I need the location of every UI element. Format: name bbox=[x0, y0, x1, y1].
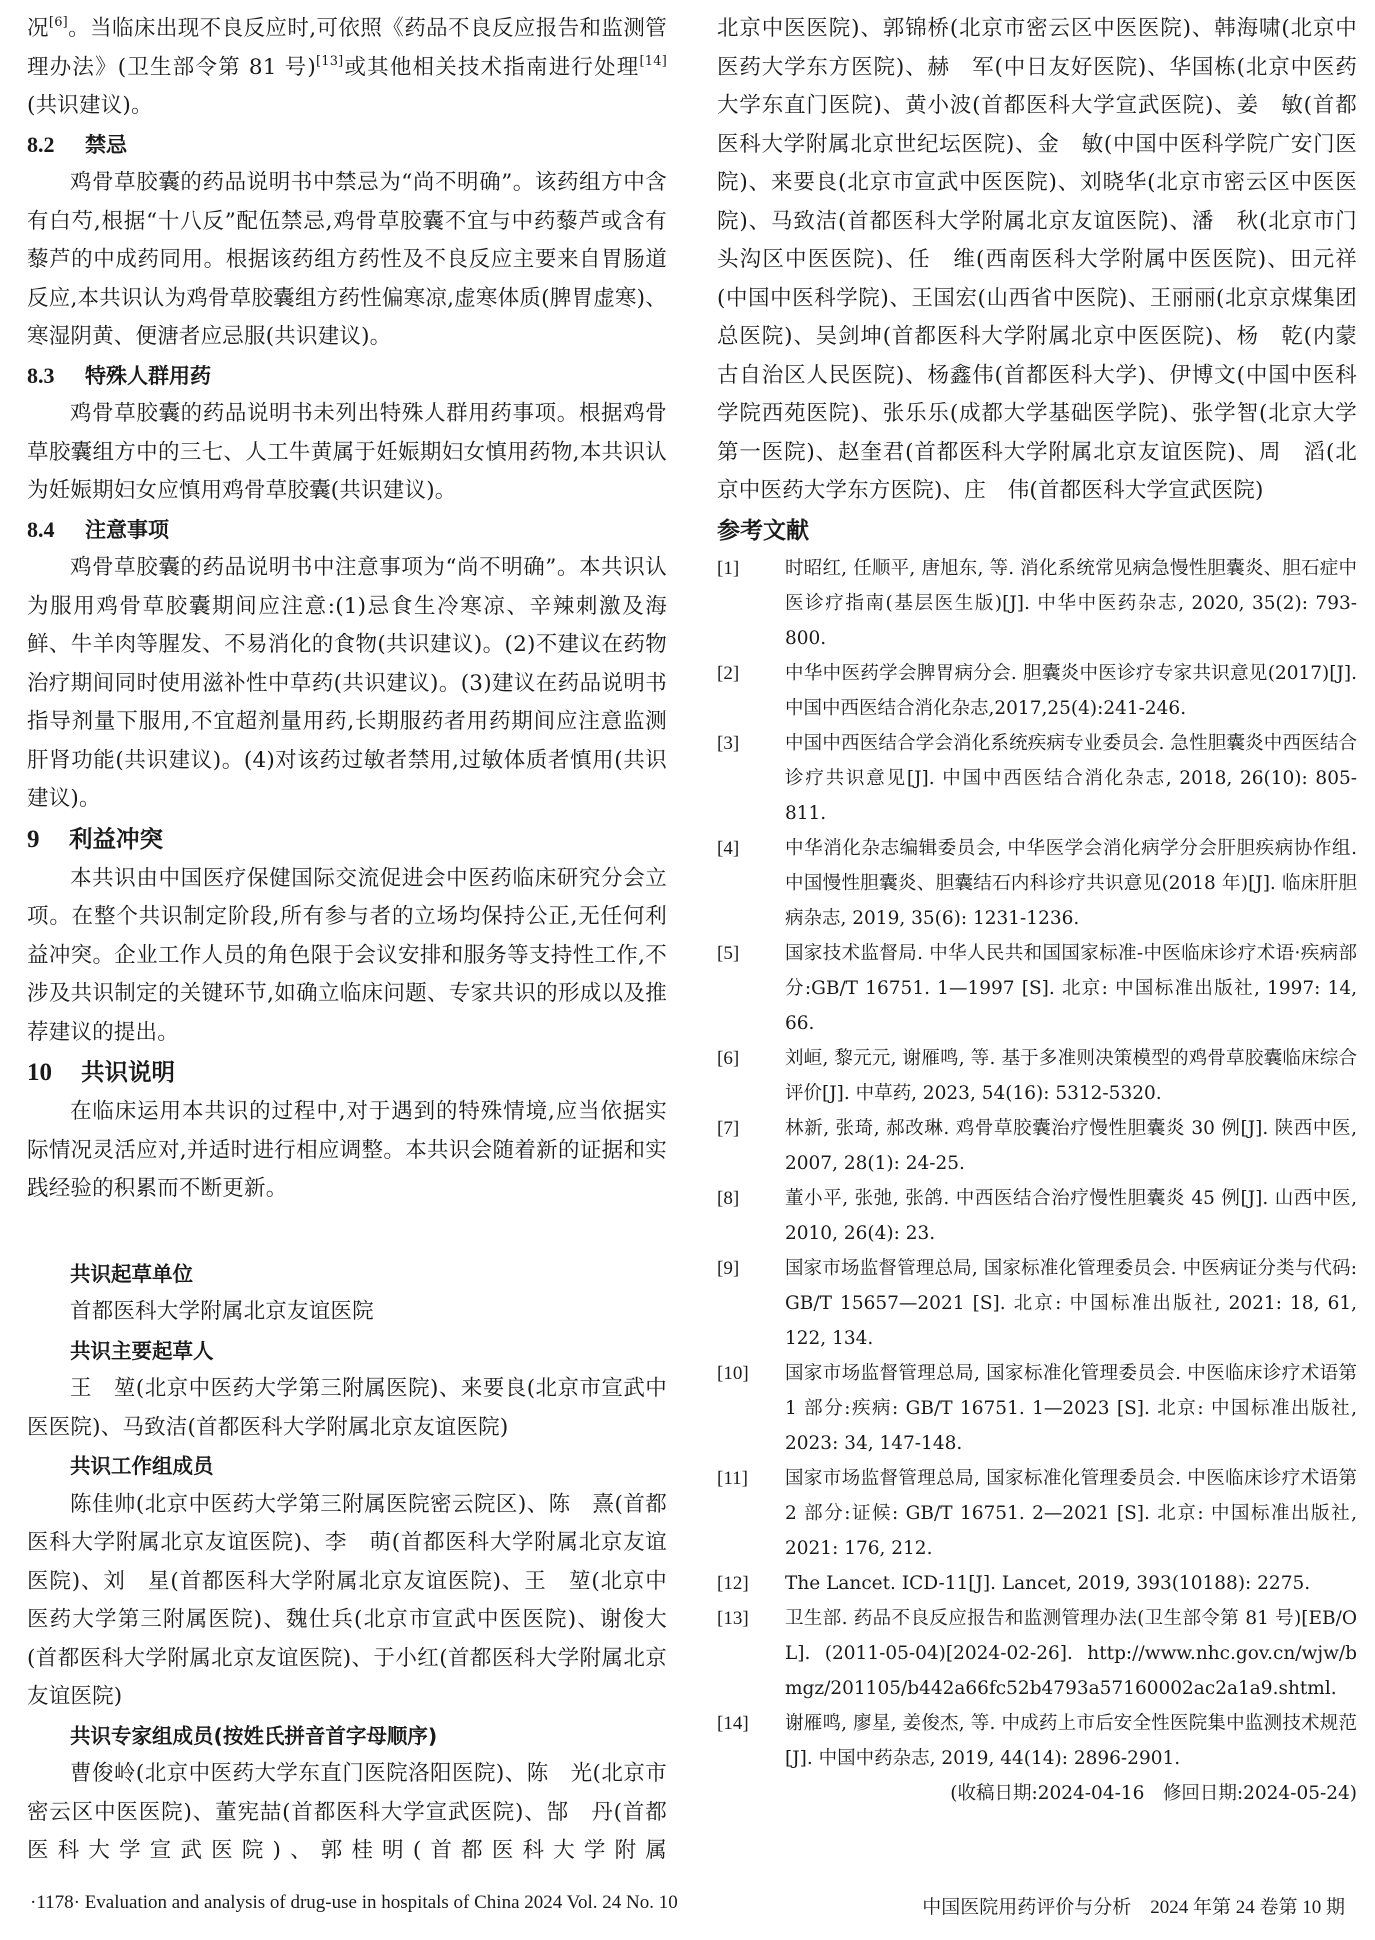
reference-item: [11]国家市场监督管理总局, 国家标准化管理委员会. 中医临床诊疗术语第 2 … bbox=[717, 1461, 1357, 1566]
section-heading-10: 10共识说明 bbox=[27, 1052, 667, 1093]
citation-13[interactable]: [13] bbox=[316, 54, 344, 69]
working-group-heading: 共识工作组成员 bbox=[27, 1447, 667, 1486]
section-body-8-3: 鸡骨草胶囊的药品说明书未列出特殊人群用药事项。根据鸡骨草胶囊组方中的三七、人工牛… bbox=[27, 395, 667, 511]
drafting-unit-heading: 共识起草单位 bbox=[27, 1255, 667, 1294]
reference-item: [14]谢雁鸣, 廖星, 姜俊杰, 等. 中成药上市后安全性医院集中监测技术规范… bbox=[717, 1706, 1357, 1776]
spacer bbox=[27, 1209, 667, 1255]
reference-item: [2]中华中医药学会脾胃病分会. 胆囊炎中医诊疗专家共识意见(2017)[J].… bbox=[717, 656, 1357, 726]
expert-group-body: 曹俊岭(北京中医药大学东直门医院洛阳医院)、陈 光(北京市密云区中医医院)、董宪… bbox=[27, 1755, 667, 1871]
references-heading: 参考文献 bbox=[717, 511, 1357, 551]
expert-group-heading: 共识专家组成员(按姓氏拼音首字母顺序) bbox=[27, 1717, 667, 1756]
main-drafters-body: 王 堃(北京中医药大学第三附属医院)、来要良(北京市宣武中医医院)、马致洁(首都… bbox=[27, 1370, 667, 1447]
section-heading-8-3: 8.3特殊人群用药 bbox=[27, 357, 667, 396]
section-heading-9: 9利益冲突 bbox=[27, 819, 667, 860]
left-column: 况[6]。当临床出现不良反应时,可依照《药品不良反应报告和监测管理办法》(卫生部… bbox=[27, 10, 667, 1871]
right-column: 北京中医医院)、郭锦桥(北京市密云区中医医院)、韩海啸(北京中医药大学东方医院)… bbox=[717, 10, 1357, 1811]
reference-item: [4]中华消化杂志编辑委员会, 中华医学会消化病学分会肝胆疾病协作组. 中国慢性… bbox=[717, 831, 1357, 936]
section-body-8-2: 鸡骨草胶囊的药品说明书中禁忌为“尚不明确”。该药组方中含有白芍,根据“十八反”配… bbox=[27, 164, 667, 357]
reference-item: [10]国家市场监督管理总局, 国家标准化管理委员会. 中医临床诊疗术语第 1 … bbox=[717, 1356, 1357, 1461]
citation-6[interactable]: [6] bbox=[49, 15, 68, 30]
intro-paragraph: 况[6]。当临床出现不良反应时,可依照《药品不良反应报告和监测管理办法》(卫生部… bbox=[27, 10, 667, 126]
footer-journal-chinese: 中国医院用药评价与分析 2024 年第 24 卷第 10 期 bbox=[922, 1892, 1345, 1919]
reference-item: [7]林新, 张琦, 郝改琳. 鸡骨草胶囊治疗慢性胆囊炎 30 例[J]. 陕西… bbox=[717, 1111, 1357, 1181]
reference-item: [13]卫生部. 药品不良反应报告和监测管理办法(卫生部令第 81 号)[EB/… bbox=[717, 1601, 1357, 1706]
citation-14[interactable]: [14] bbox=[640, 54, 668, 69]
reference-list: [1]时昭红, 任顺平, 唐旭东, 等. 消化系统常见病急慢性胆囊炎、胆石症中医… bbox=[717, 551, 1357, 1776]
expert-group-body-continued: 北京中医医院)、郭锦桥(北京市密云区中医医院)、韩海啸(北京中医药大学东方医院)… bbox=[717, 10, 1357, 511]
section-body-8-4: 鸡骨草胶囊的药品说明书中注意事项为“尚不明确”。本共识认为服用鸡骨草胶囊期间应注… bbox=[27, 549, 667, 819]
section-body-9: 本共识由中国医疗保健国际交流促进会中医药临床研究分会立项。在整个共识制定阶段,所… bbox=[27, 860, 667, 1053]
main-drafters-heading: 共识主要起草人 bbox=[27, 1332, 667, 1371]
reference-item: [3]中国中西医结合学会消化系统疾病专业委员会. 急性胆囊炎中西医结合诊疗共识意… bbox=[717, 726, 1357, 831]
reference-item: [12]The Lancet. ICD-11[J]. Lancet, 2019,… bbox=[717, 1566, 1357, 1601]
received-date: (收稿日期:2024-04-16 修回日期:2024-05-24) bbox=[717, 1776, 1357, 1811]
reference-item: [9]国家市场监督管理总局, 国家标准化管理委员会. 中医病证分类与代码: GB… bbox=[717, 1251, 1357, 1356]
footer-journal-english: ·1178· Evaluation and analysis of drug-u… bbox=[30, 1892, 678, 1914]
reference-item: [8]董小平, 张弛, 张鸽. 中西医结合治疗慢性胆囊炎 45 例[J]. 山西… bbox=[717, 1181, 1357, 1251]
section-heading-8-2: 8.2禁忌 bbox=[27, 126, 667, 165]
reference-item: [5]国家技术监督局. 中华人民共和国国家标准-中医临床诊疗术语·疾病部分:GB… bbox=[717, 936, 1357, 1041]
working-group-body: 陈佳帅(北京中医药大学第三附属医院密云院区)、陈 熹(首都医科大学附属北京友谊医… bbox=[27, 1486, 667, 1717]
section-heading-8-4: 8.4注意事项 bbox=[27, 511, 667, 550]
section-body-10: 在临床运用本共识的过程中,对于遇到的特殊情境,应当依据实际情况灵活应对,并适时进… bbox=[27, 1093, 667, 1209]
reference-item: [1]时昭红, 任顺平, 唐旭东, 等. 消化系统常见病急慢性胆囊炎、胆石症中医… bbox=[717, 551, 1357, 656]
drafting-unit-body: 首都医科大学附属北京友谊医院 bbox=[27, 1293, 667, 1332]
reference-item: [6]刘峘, 黎元元, 谢雁鸣, 等. 基于多准则决策模型的鸡骨草胶囊临床综合评… bbox=[717, 1041, 1357, 1111]
